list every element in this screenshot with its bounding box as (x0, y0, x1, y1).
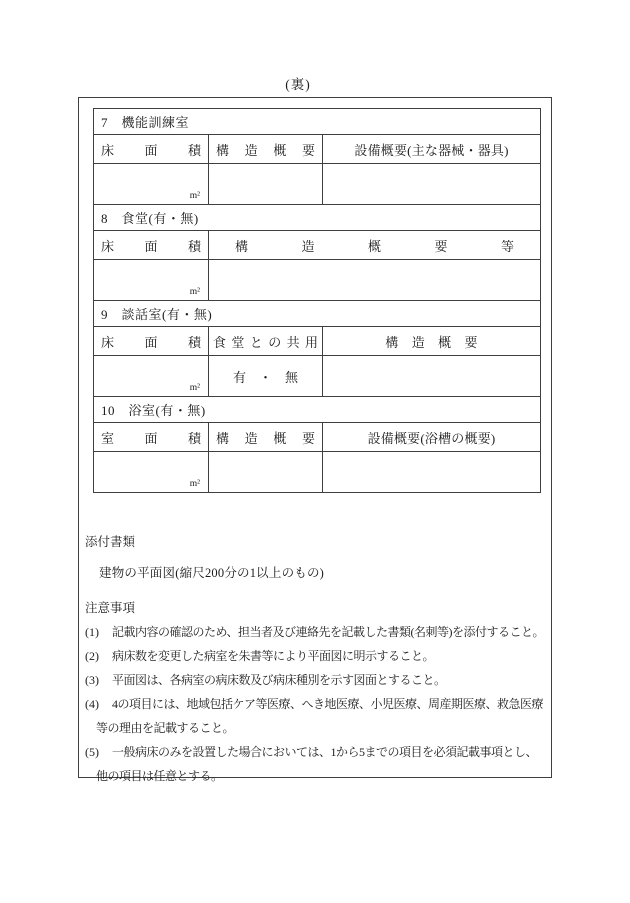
floor-area-header-label-8: 床 面 積 (94, 236, 208, 255)
floor-area-header-label-7: 床 面 積 (94, 140, 208, 159)
equipment-value-cell-7 (323, 164, 541, 205)
shared-with-dining-header-9: 食 堂 と の 共 用 (209, 327, 323, 356)
section-7-data-row: m² (94, 164, 541, 205)
floor-area-header-8: 床 面 積 (94, 231, 209, 260)
bathtub-overview-value-cell-10 (323, 452, 541, 493)
section-9-header-row: 床 面 積 食 堂 と の 共 用 構 造 概 要 (94, 327, 541, 356)
floor-area-value-cell-8: m² (94, 260, 209, 301)
section-7-header-row: 床 面 積 構 造 概 要 設備概要(主な器械・器具) (94, 135, 541, 164)
equipment-header-7: 設備概要(主な器械・器具) (323, 135, 541, 164)
note-line: 4の項目には、地域包括ケア等医療、へき地医療、小児医療、周産期医療、救急医療 (112, 697, 543, 711)
structure-value-cell-7 (209, 164, 323, 205)
section-title-9: 9 談話室(有・無) (94, 301, 541, 327)
section-title-10: 10 浴室(有・無) (94, 397, 541, 423)
area-unit-label-9: m² (190, 383, 200, 393)
section-title-8: 8 食堂(有・無) (94, 205, 541, 231)
structure-value-cell-10 (209, 452, 323, 493)
note-item-4: (4)4の項目には、地域包括ケア等医療、へき地医療、小児医療、周産期医療、救急医… (85, 692, 544, 716)
section-10-title-row: 10 浴室(有・無) (94, 397, 541, 423)
note-marker-3: (3) (85, 673, 99, 687)
section-8-header-row: 床 面 積 構 造 概 要 等 (94, 231, 541, 260)
attachment-item: 建物の平面図(縮尺200分の1以上のもの) (99, 563, 324, 581)
floor-area-header-7: 床 面 積 (94, 135, 209, 164)
room-area-header-label-10: 室 面 積 (94, 428, 208, 447)
structure-etc-header-8: 構 造 概 要 等 (209, 231, 541, 260)
note-item-3: (3)平面図は、各病室の病床数及び病床種別を示す図面とすること。 (85, 668, 544, 692)
section-8-data-row: m² (94, 260, 541, 301)
note-item-4-continuation: 等の理由を記載すること。 (85, 716, 544, 740)
floor-area-value-cell-7: m² (94, 164, 209, 205)
structure-header-label-10: 構 造 概 要 (209, 428, 322, 447)
note-item-5: (5)一般病床のみを設置した場合においては、1から5までの項目を必須記載事項とし… (85, 740, 544, 764)
attachments-section: 添付書類 建物の平面図(縮尺200分の1以上のもの) (85, 532, 324, 581)
notes-section: 注意事項 (1)記載内容の確認のため、担当者及び連絡先を記載した書類(名刺等)を… (85, 596, 544, 788)
structure-header-10: 構 造 概 要 (209, 423, 323, 452)
note-line: 平面図は、各病室の病床数及び病床種別を示す図面とすること。 (112, 673, 446, 687)
section-8-title-row: 8 食堂(有・無) (94, 205, 541, 231)
page-side-label: (裏) (78, 73, 518, 93)
section-9-title-row: 9 談話室(有・無) (94, 301, 541, 327)
floor-area-value-cell-9: m² (94, 356, 209, 397)
structure-header-label-7: 構 造 概 要 (209, 140, 322, 159)
structure-etc-value-cell-8 (209, 260, 541, 301)
section-10-header-row: 室 面 積 構 造 概 要 設備概要(浴槽の概要) (94, 423, 541, 452)
form-border-box: 7 機能訓練室 床 面 積 構 造 概 要 設備概要(主な器械・器具) m² 8… (78, 97, 552, 778)
shared-yes-no-value-9: 有 ・ 無 (209, 356, 323, 397)
note-marker-1: (1) (85, 625, 99, 639)
floor-area-header-9: 床 面 積 (94, 327, 209, 356)
note-line: 病床数を変更した病室を朱書等により平面図に明示すること。 (112, 649, 434, 663)
section-9-data-row: m² 有 ・ 無 (94, 356, 541, 397)
floor-area-header-label-9: 床 面 積 (94, 332, 208, 351)
section-title-7: 7 機能訓練室 (94, 109, 541, 135)
rooms-table: 7 機能訓練室 床 面 積 構 造 概 要 設備概要(主な器械・器具) m² 8… (93, 108, 541, 493)
room-area-header-10: 室 面 積 (94, 423, 209, 452)
structure-etc-header-label-8: 構 造 概 要 等 (209, 236, 540, 255)
structure-header-7: 構 造 概 要 (209, 135, 323, 164)
note-item-2: (2)病床数を変更した病室を朱書等により平面図に明示すること。 (85, 644, 544, 668)
note-item-1: (1)記載内容の確認のため、担当者及び連絡先を記載した書類(名刺等)を添付するこ… (85, 620, 544, 644)
note-marker-4: (4) (85, 697, 99, 711)
area-unit-label-7: m² (190, 191, 200, 201)
note-item-5-continuation: 他の項目は任意とする。 (85, 764, 544, 788)
attachments-heading: 添付書類 (85, 532, 324, 550)
notes-heading: 注意事項 (85, 596, 544, 620)
note-line: 記載内容の確認のため、担当者及び連絡先を記載した書類(名刺等)を添付すること。 (112, 625, 544, 639)
structure-header-9: 構 造 概 要 (323, 327, 541, 356)
section-7-title-row: 7 機能訓練室 (94, 109, 541, 135)
structure-value-cell-9 (323, 356, 541, 397)
note-marker-5: (5) (85, 745, 99, 759)
note-line: 一般病床のみを設置した場合においては、1から5までの項目を必須記載事項とし、 (112, 745, 537, 759)
bathtub-overview-header-10: 設備概要(浴槽の概要) (323, 423, 541, 452)
section-10-data-row: m² (94, 452, 541, 493)
form-page-back: (裏) 7 機能訓練室 床 面 積 構 造 概 要 設備概要(主な器械・器具) … (0, 0, 630, 903)
room-area-value-cell-10: m² (94, 452, 209, 493)
area-unit-label-10: m² (190, 479, 200, 489)
note-marker-2: (2) (85, 649, 99, 663)
shared-with-dining-header-label-9: 食 堂 と の 共 用 (209, 332, 322, 351)
area-unit-label-8: m² (190, 287, 200, 297)
